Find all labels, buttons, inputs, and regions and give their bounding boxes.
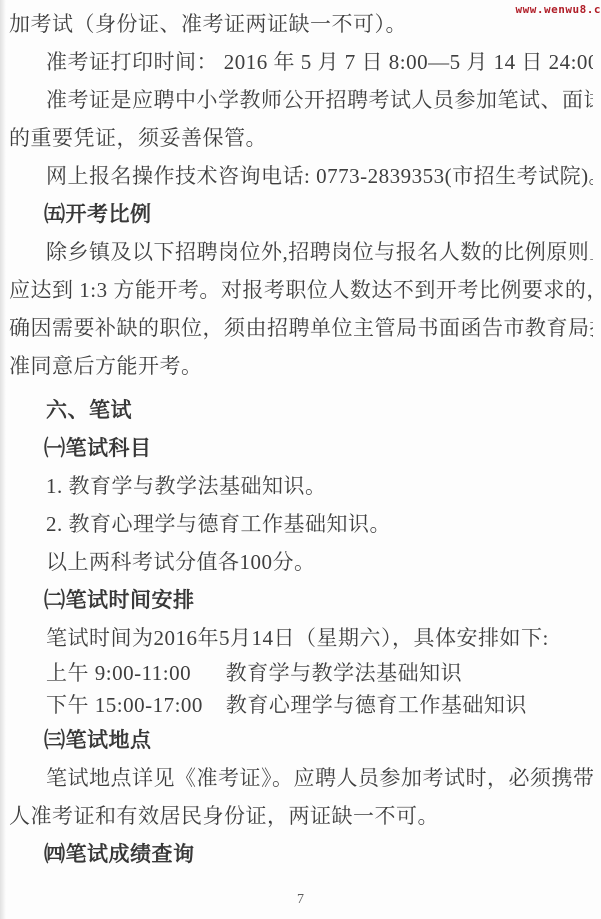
text-line: 应达到 1:3 方能开考。对报考职位人数达不到开考比例要求的， (9, 271, 593, 309)
text-line: 除乡镇及以下招聘岗位外,招聘岗位与报名人数的比例原则上 (9, 233, 593, 271)
text-line: 确因需要补缺的职位，须由招聘单位主管局书面函告市教育局批 (9, 309, 593, 347)
chapter-heading: 六、笔试 (9, 391, 593, 429)
text-line: 以上两科考试分值各100分。 (9, 543, 593, 581)
text-line: 加考试（身份证、准考证两证缺一不可）。 (9, 5, 593, 43)
text-line: 笔试时间为2016年5月14日（星期六），具体安排如下: (9, 619, 593, 657)
section-heading: ㈢笔试地点 (9, 721, 593, 759)
document-page: www.wenwu8.c 加考试（身份证、准考证两证缺一不可）。准考证打印时间：… (0, 0, 601, 919)
section-heading: ㈠笔试科目 (9, 429, 593, 467)
document-body: 加考试（身份证、准考证两证缺一不可）。准考证打印时间： 2016 年 5 月 7… (9, 5, 593, 873)
text-line: 准考证打印时间： 2016 年 5 月 7 日 8:00—5 月 14 日 24… (9, 43, 593, 81)
text-line: 笔试地点详见《准考证》。应聘人员参加考试时，必须携带本 (9, 759, 593, 797)
section-heading: ㈣笔试成绩查询 (9, 835, 593, 873)
text-line: 网上报名操作技术咨询电话: 0773-2839353(市招生考试院)。 (9, 157, 593, 195)
schedule-line: 上午 9:00-11:00 教育学与教学法基础知识 (9, 657, 593, 689)
text-line: 的重要凭证，须妥善保管。 (9, 119, 593, 157)
text-line: 准同意后方能开考。 (9, 347, 593, 385)
text-line: 人准考证和有效居民身份证，两证缺一不可。 (9, 797, 593, 835)
schedule-line: 下午 15:00-17:00 教育心理学与德育工作基础知识 (9, 689, 593, 721)
section-heading: ㈡笔试时间安排 (9, 581, 593, 619)
text-line: 1. 教育学与教学法基础知识。 (9, 467, 593, 505)
page-number: 7 (0, 891, 601, 909)
text-line: 准考证是应聘中小学教师公开招聘考试人员参加笔试、面试 (9, 81, 593, 119)
text-line: 2. 教育心理学与德育工作基础知识。 (9, 505, 593, 543)
section-heading: ㈤开考比例 (9, 195, 593, 233)
